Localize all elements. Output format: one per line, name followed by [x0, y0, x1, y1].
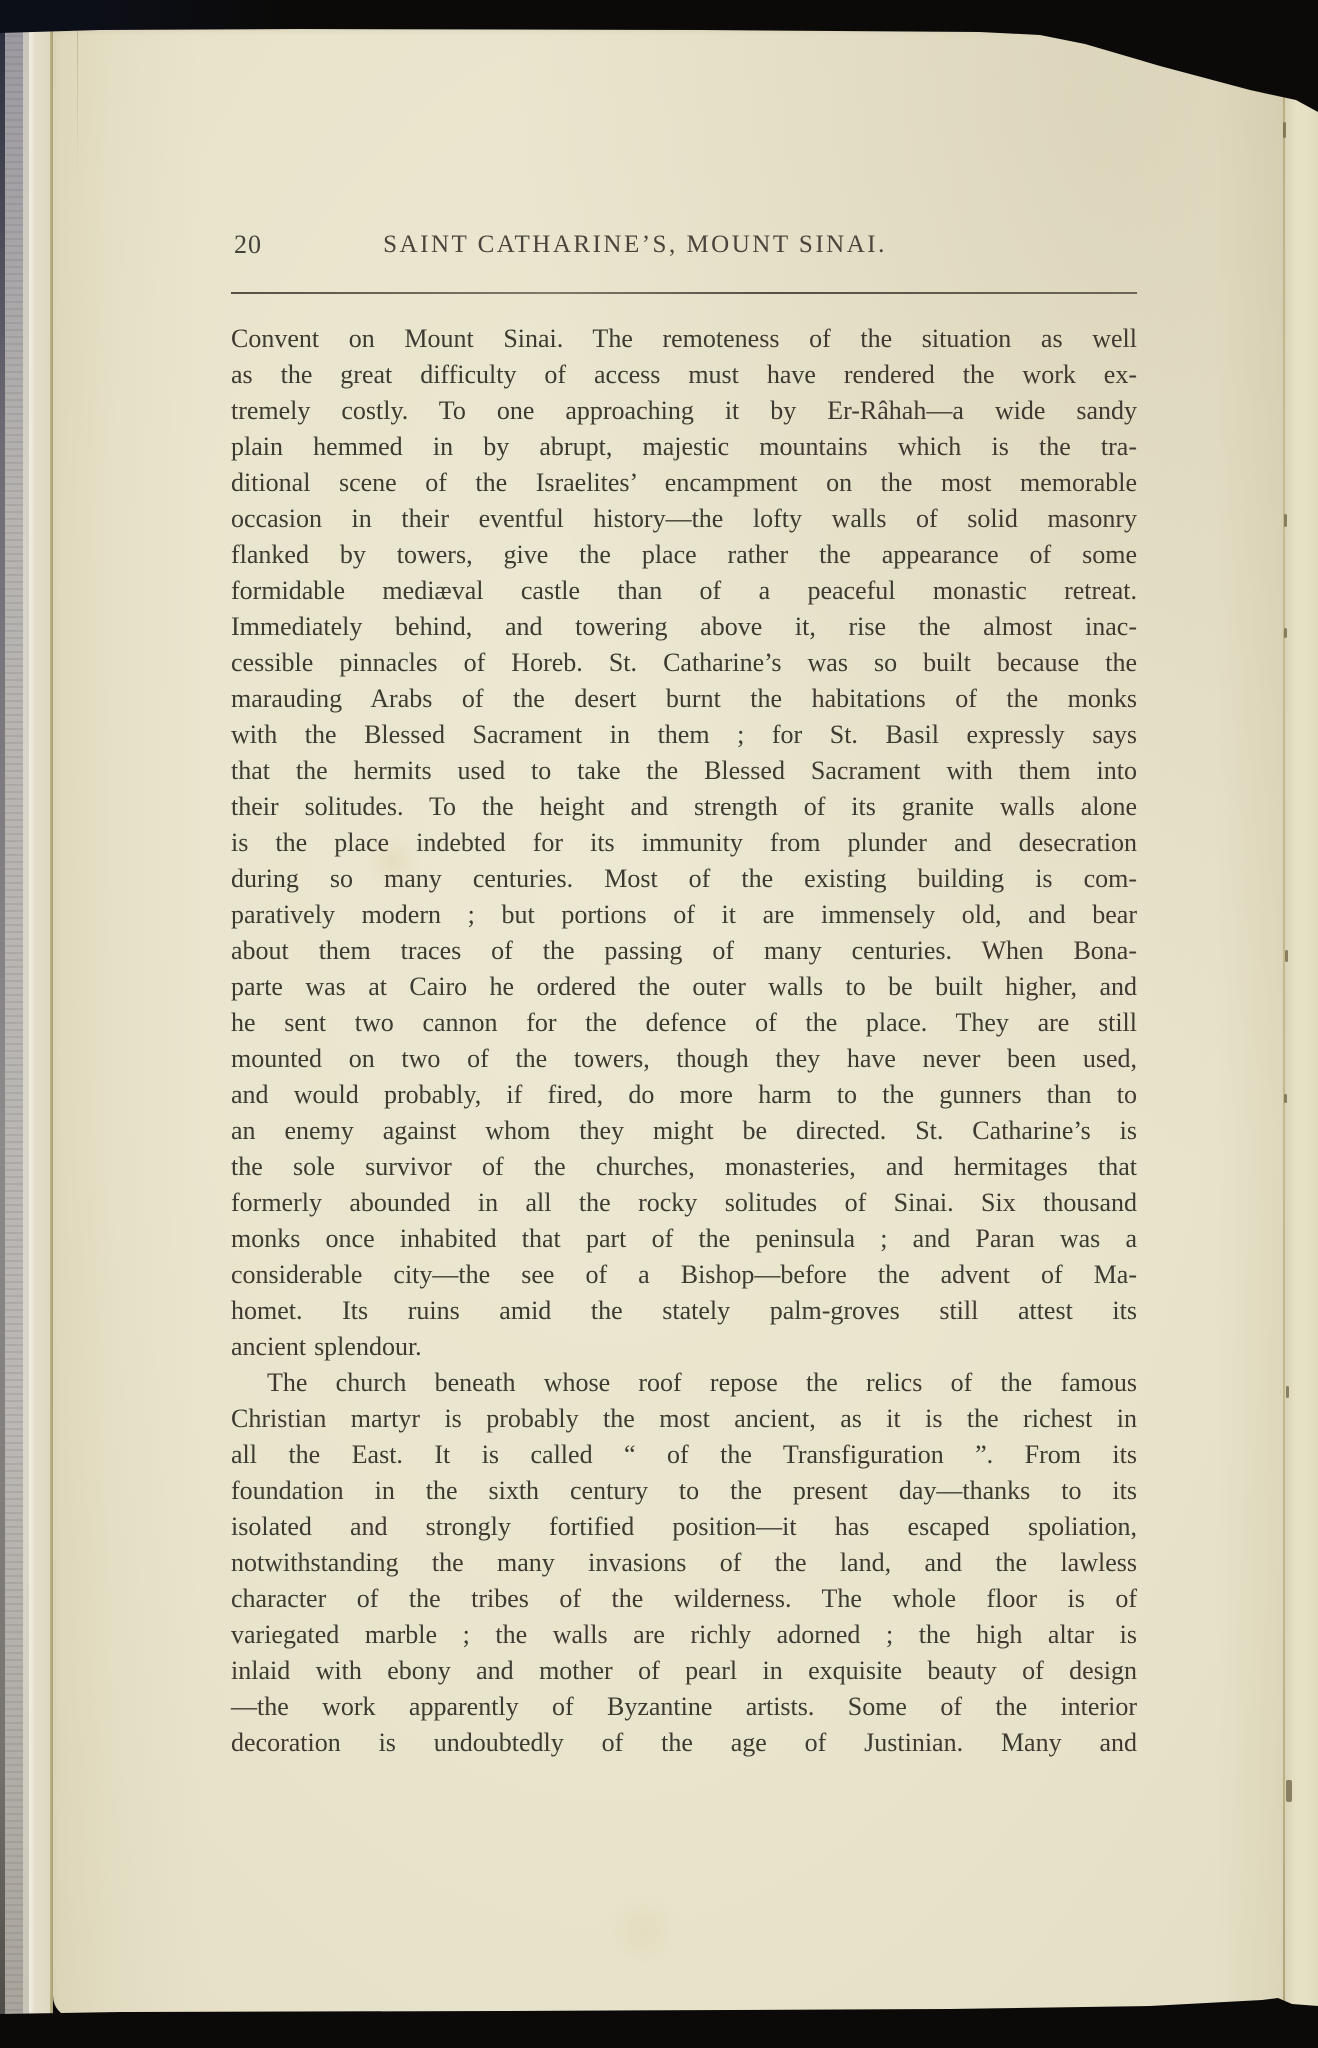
edge-mark — [1284, 514, 1287, 527]
under-page-corner-line — [77, 28, 78, 178]
text-line: decoration is undoubtedly of the age of … — [231, 1725, 1137, 1761]
text-line: occasion in their eventful history—the l… — [231, 501, 1137, 537]
text-line: mounted on two of the towers, though the… — [231, 1041, 1137, 1077]
text-line: tremely costly. To one approaching it by… — [231, 393, 1137, 429]
text-line: paratively modern ; but portions of it a… — [231, 897, 1137, 933]
text-line: ancient splendour. — [231, 1329, 1137, 1365]
edge-mark — [1286, 1386, 1289, 1398]
under-page-edge — [29, 0, 50, 2048]
text-line: character of the tribes of the wildernes… — [231, 1581, 1137, 1617]
text-line: formidable mediæval castle than of a pea… — [231, 573, 1137, 609]
page-edge-stack — [0, 0, 53, 2048]
text-line: during so many centuries. Most of the ex… — [231, 861, 1137, 897]
text-line: all the East. It is called “ of the Tran… — [231, 1437, 1137, 1473]
text-line: marauding Arabs of the desert burnt the … — [231, 681, 1137, 717]
text-line: is the place indebted for its immunity f… — [231, 825, 1137, 861]
running-title: SAINT CATHARINE’S, MOUNT SINAI. — [335, 231, 935, 259]
text-line: flanked by towers, give the place rather… — [231, 537, 1137, 573]
text-line: inlaid with ebony and mother of pearl in… — [231, 1653, 1137, 1689]
text-line: he sent two cannon for the defence of th… — [231, 1005, 1137, 1041]
edge-mark — [1286, 1780, 1292, 1802]
page-edge-strip — [5, 0, 23, 2048]
text-line: isolated and strongly fortified position… — [231, 1509, 1137, 1545]
text-line: that the hermits used to take the Blesse… — [231, 753, 1137, 789]
page-number: 20 — [234, 230, 262, 260]
text-line: considerable city—the see of a Bishop—be… — [231, 1257, 1137, 1293]
edge-mark — [1285, 950, 1288, 962]
text-line: ditional scene of the Israelites’ encamp… — [231, 465, 1137, 501]
body-text: Convent on Mount Sinai. The remoteness o… — [231, 321, 1137, 1761]
text-line: notwithstanding the many invasions of th… — [231, 1545, 1137, 1581]
text-line: monks once inhabited that part of the pe… — [231, 1221, 1137, 1257]
header-rule — [231, 292, 1137, 294]
text-line: formerly abounded in all the rocky solit… — [231, 1185, 1137, 1221]
text-line: their solitudes. To the height and stren… — [231, 789, 1137, 825]
edge-mark — [1283, 122, 1286, 138]
edge-mark — [1284, 628, 1287, 638]
text-line: Immediately behind, and towering above i… — [231, 609, 1137, 645]
page-fold-crease — [1283, 30, 1285, 2008]
text-line: as the great difficulty of access must h… — [231, 357, 1137, 393]
text-line: parte was at Cairo he ordered the outer … — [231, 969, 1137, 1005]
book-photo: 20 SAINT CATHARINE’S, MOUNT SINAI. Conve… — [0, 0, 1318, 2048]
text-line: Convent on Mount Sinai. The remoteness o… — [231, 321, 1137, 357]
text-line: homet. Its ruins amid the stately palm-g… — [231, 1293, 1137, 1329]
text-line: foundation in the sixth century to the p… — [231, 1473, 1137, 1509]
text-line: cessible pinnacles of Horeb. St. Cathari… — [231, 645, 1137, 681]
text-line: plain hemmed in by abrupt, majestic moun… — [231, 429, 1137, 465]
text-line: with the Blessed Sacrament in them ; for… — [231, 717, 1137, 753]
next-page-edge — [1285, 0, 1318, 2048]
text-line: the sole survivor of the churches, monas… — [231, 1149, 1137, 1185]
text-line: about them traces of the passing of many… — [231, 933, 1137, 969]
text-line: The church beneath whose roof repose the… — [231, 1365, 1137, 1401]
text-line: variegated marble ; the walls are richly… — [231, 1617, 1137, 1653]
edge-mark — [1284, 1094, 1287, 1103]
text-line: and would probably, if fired, do more ha… — [231, 1077, 1137, 1113]
text-line: —the work apparently of Byzantine artist… — [231, 1689, 1137, 1725]
text-line: Christian martyr is probably the most an… — [231, 1401, 1137, 1437]
text-line: an enemy against whom they might be dire… — [231, 1113, 1137, 1149]
